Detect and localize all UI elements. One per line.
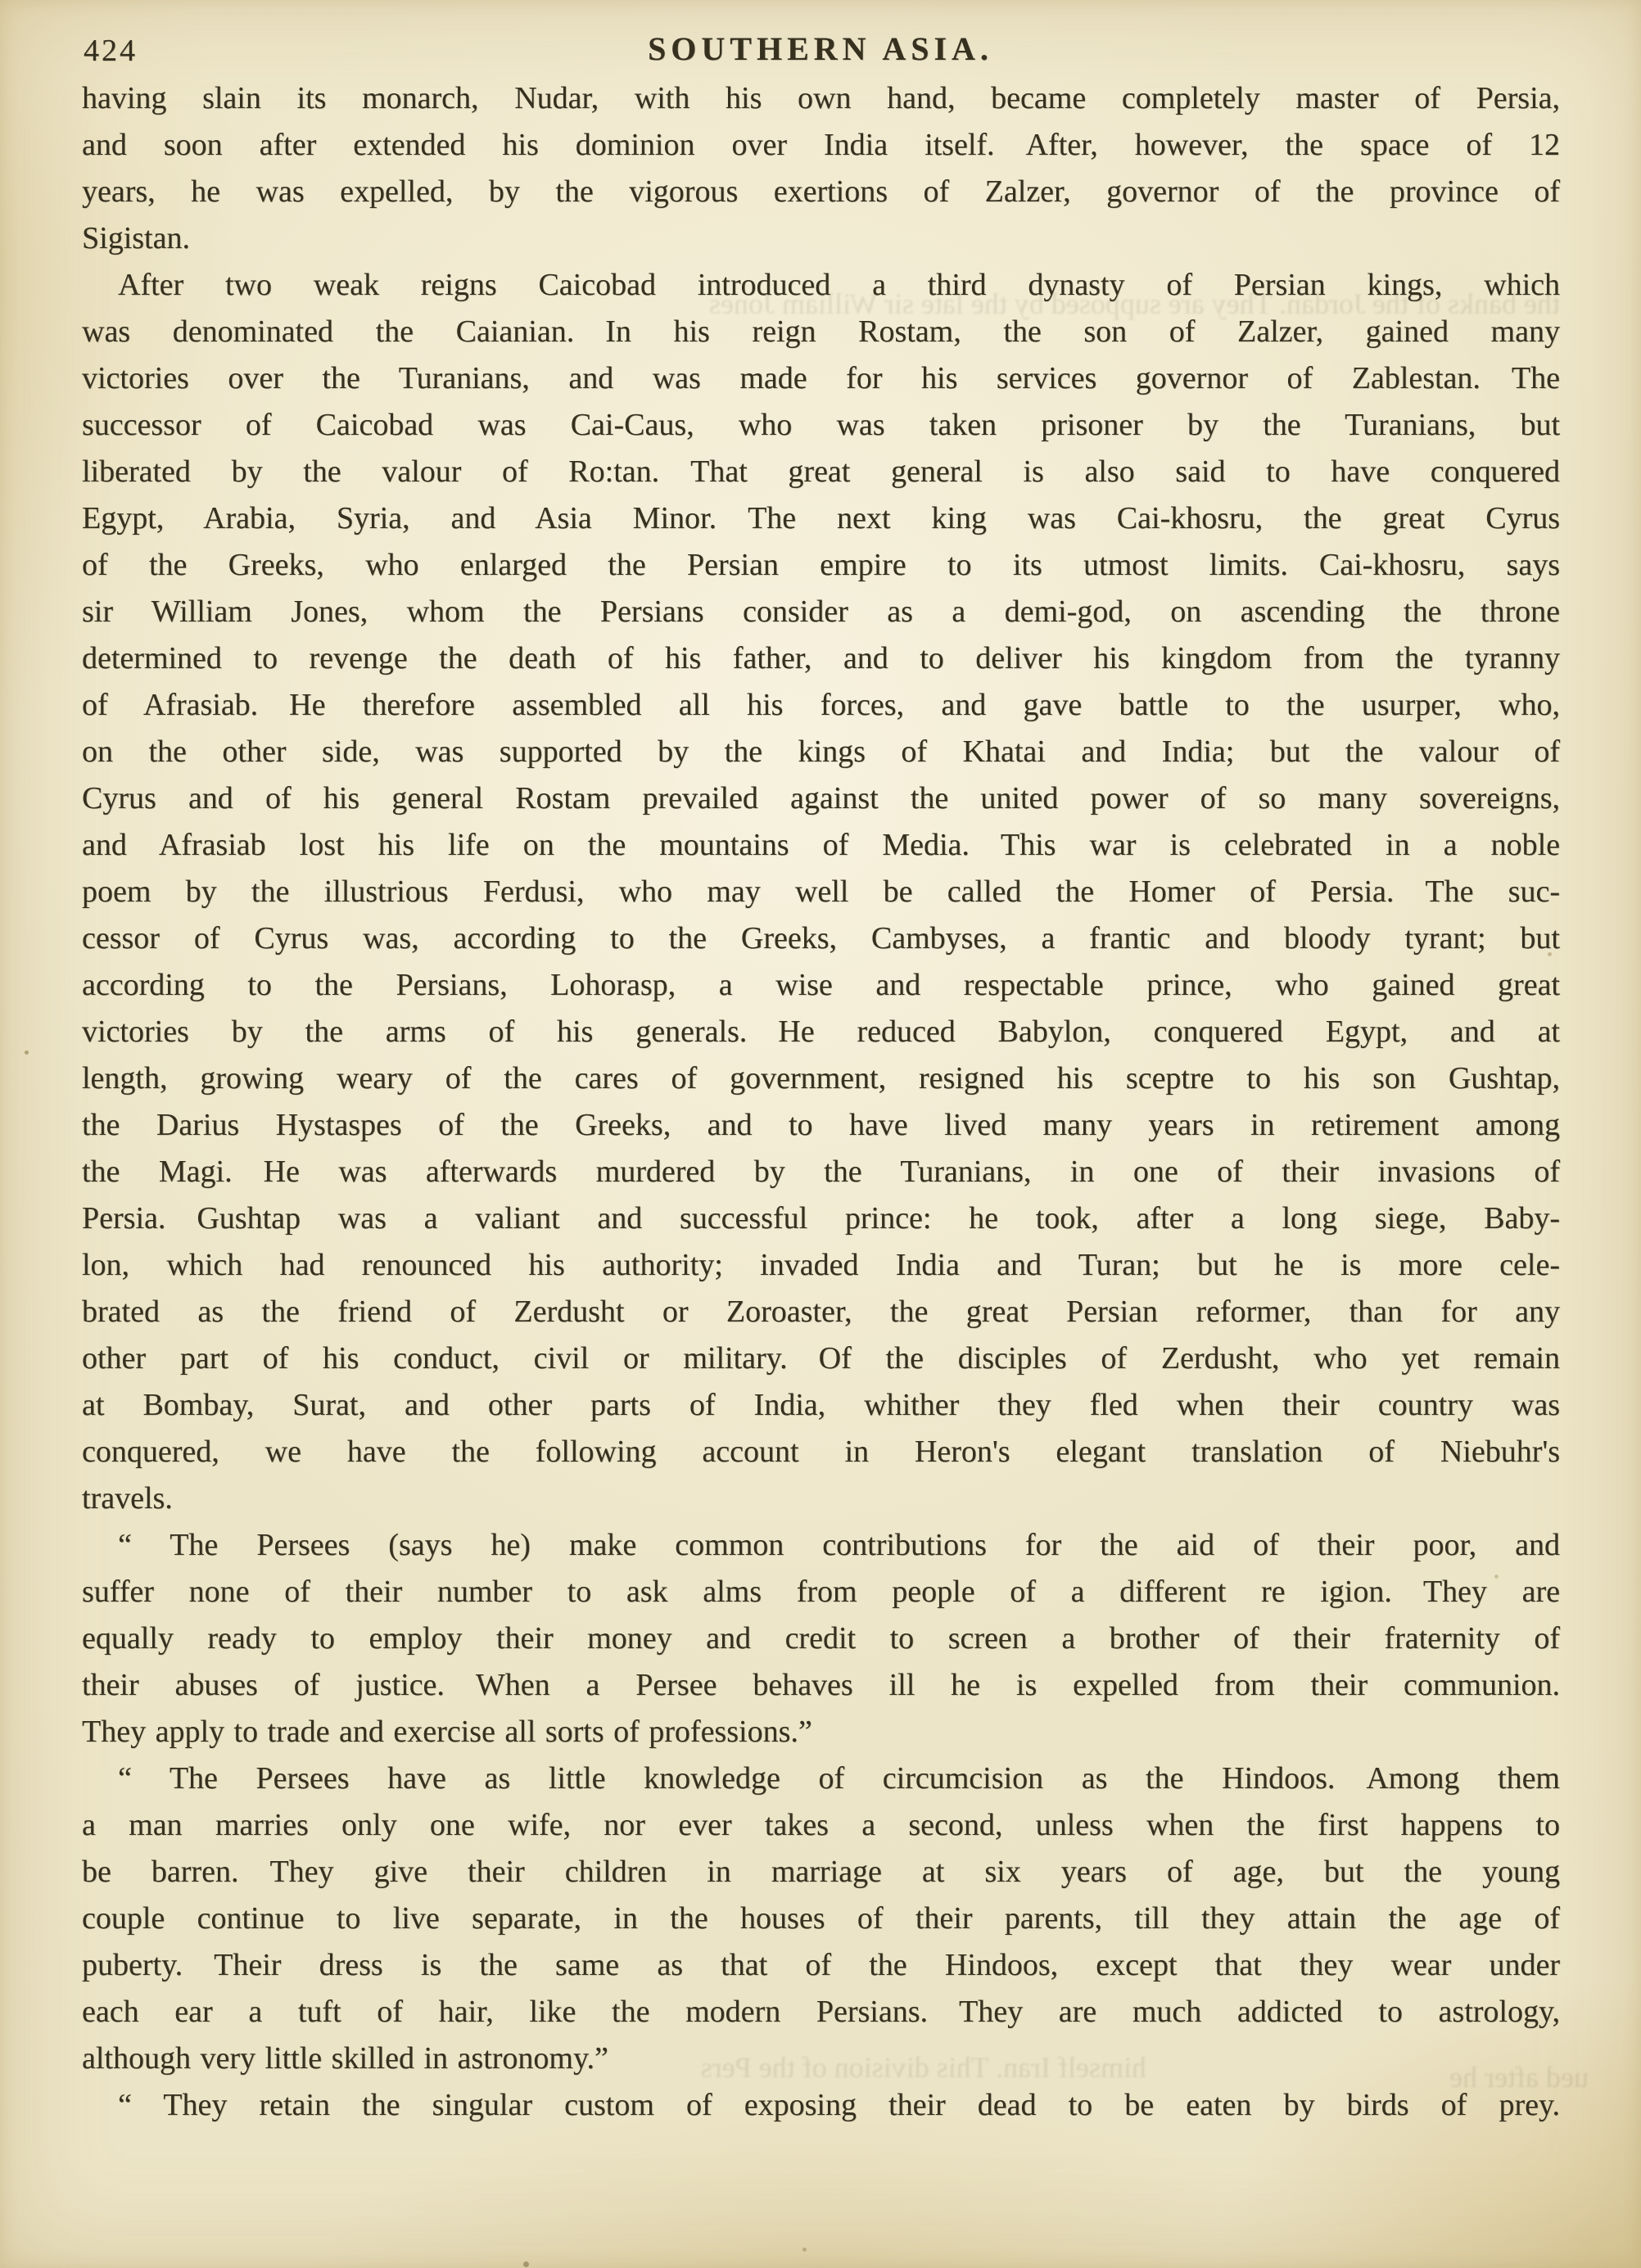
text-line: Egypt, Arabia, Syria, and Asia Minor. Th… xyxy=(82,495,1560,542)
text-line: “ The Persees (says he) make common cont… xyxy=(82,1522,1560,1569)
text-line: length, growing weary of the cares of go… xyxy=(82,1055,1560,1102)
text-line: “ They retain the singular custom of exp… xyxy=(82,2082,1560,2129)
text-line: Persia. Gushtap was a valiant and succes… xyxy=(82,1195,1560,1242)
text-line: liberated by the valour of Ro:tan. That … xyxy=(82,449,1560,495)
text-line: years, he was expelled, by the vigorous … xyxy=(82,169,1560,215)
text-line: suffer none of their number to ask alms … xyxy=(82,1569,1560,1615)
running-title: SOUTHERN ASIA. xyxy=(0,29,1641,68)
text-line: determined to revenge the death of his f… xyxy=(82,635,1560,682)
text-line: brated as the friend of Zerdusht or Zoro… xyxy=(82,1289,1560,1335)
text-line: their abuses of justice. When a Persee b… xyxy=(82,1662,1560,1709)
text-line: at Bombay, Surat, and other parts of Ind… xyxy=(82,1382,1560,1429)
text-line: cessor of Cyrus was, according to the Gr… xyxy=(82,915,1560,962)
text-line: couple continue to live separate, in the… xyxy=(82,1895,1560,1942)
text-line: and Afrasiab lost his life on the mounta… xyxy=(82,822,1560,869)
body-text: having slain its monarch, Nudar, with hi… xyxy=(82,75,1560,2129)
text-line: poem by the illustrious Ferdusi, who may… xyxy=(82,869,1560,915)
text-line: a man marries only one wife, nor ever ta… xyxy=(82,1802,1560,1849)
text-line: other part of his conduct, civil or mili… xyxy=(82,1335,1560,1382)
text-line: Sigistan. xyxy=(82,215,1560,262)
text-line: travels. xyxy=(82,1475,1560,1522)
text-line: and soon after extended his dominion ove… xyxy=(82,122,1560,169)
text-line: of the Greeks, who enlarged the Persian … xyxy=(82,542,1560,589)
text-line: was denominated the Caianian. In his rei… xyxy=(82,309,1560,355)
text-line: the Magi. He was afterwards murdered by … xyxy=(82,1149,1560,1195)
text-line: the Darius Hystaspes of the Greeks, and … xyxy=(82,1102,1560,1149)
text-line: lon, which had renounced his authority; … xyxy=(82,1242,1560,1289)
text-line: victories by the arms of his generals. H… xyxy=(82,1009,1560,1055)
text-line: according to the Persians, Lohorasp, a w… xyxy=(82,962,1560,1009)
book-page-scan: { "header": { "page_number": "424", "run… xyxy=(0,0,1641,2268)
text-line: each ear a tuft of hair, like the modern… xyxy=(82,1989,1560,2035)
text-line: equally ready to employ their money and … xyxy=(82,1615,1560,1662)
text-line: “ The Persees have as little knowledge o… xyxy=(82,1755,1560,1802)
text-line: They apply to trade and exercise all sor… xyxy=(82,1709,1560,1755)
text-line: After two weak reigns Caicobad introduce… xyxy=(82,262,1560,309)
text-line: victories over the Turanians, and was ma… xyxy=(82,355,1560,402)
text-line: having slain its monarch, Nudar, with hi… xyxy=(82,75,1560,122)
text-line: of Afrasiab. He therefore assembled all … xyxy=(82,682,1560,729)
text-line: successor of Caicobad was Cai-Caus, who … xyxy=(82,402,1560,449)
text-line: sir William Jones, whom the Persians con… xyxy=(82,589,1560,635)
text-line: on the other side, was supported by the … xyxy=(82,729,1560,775)
paper-speckles xyxy=(25,1050,29,1055)
text-line: although very little skilled in astronom… xyxy=(82,2035,1560,2082)
text-line: be barren. They give their children in m… xyxy=(82,1849,1560,1895)
text-line: puberty. Their dress is the same as that… xyxy=(82,1942,1560,1989)
text-line: conquered, we have the following account… xyxy=(82,1429,1560,1475)
text-line: Cyrus and of his general Rostam prevaile… xyxy=(82,775,1560,822)
